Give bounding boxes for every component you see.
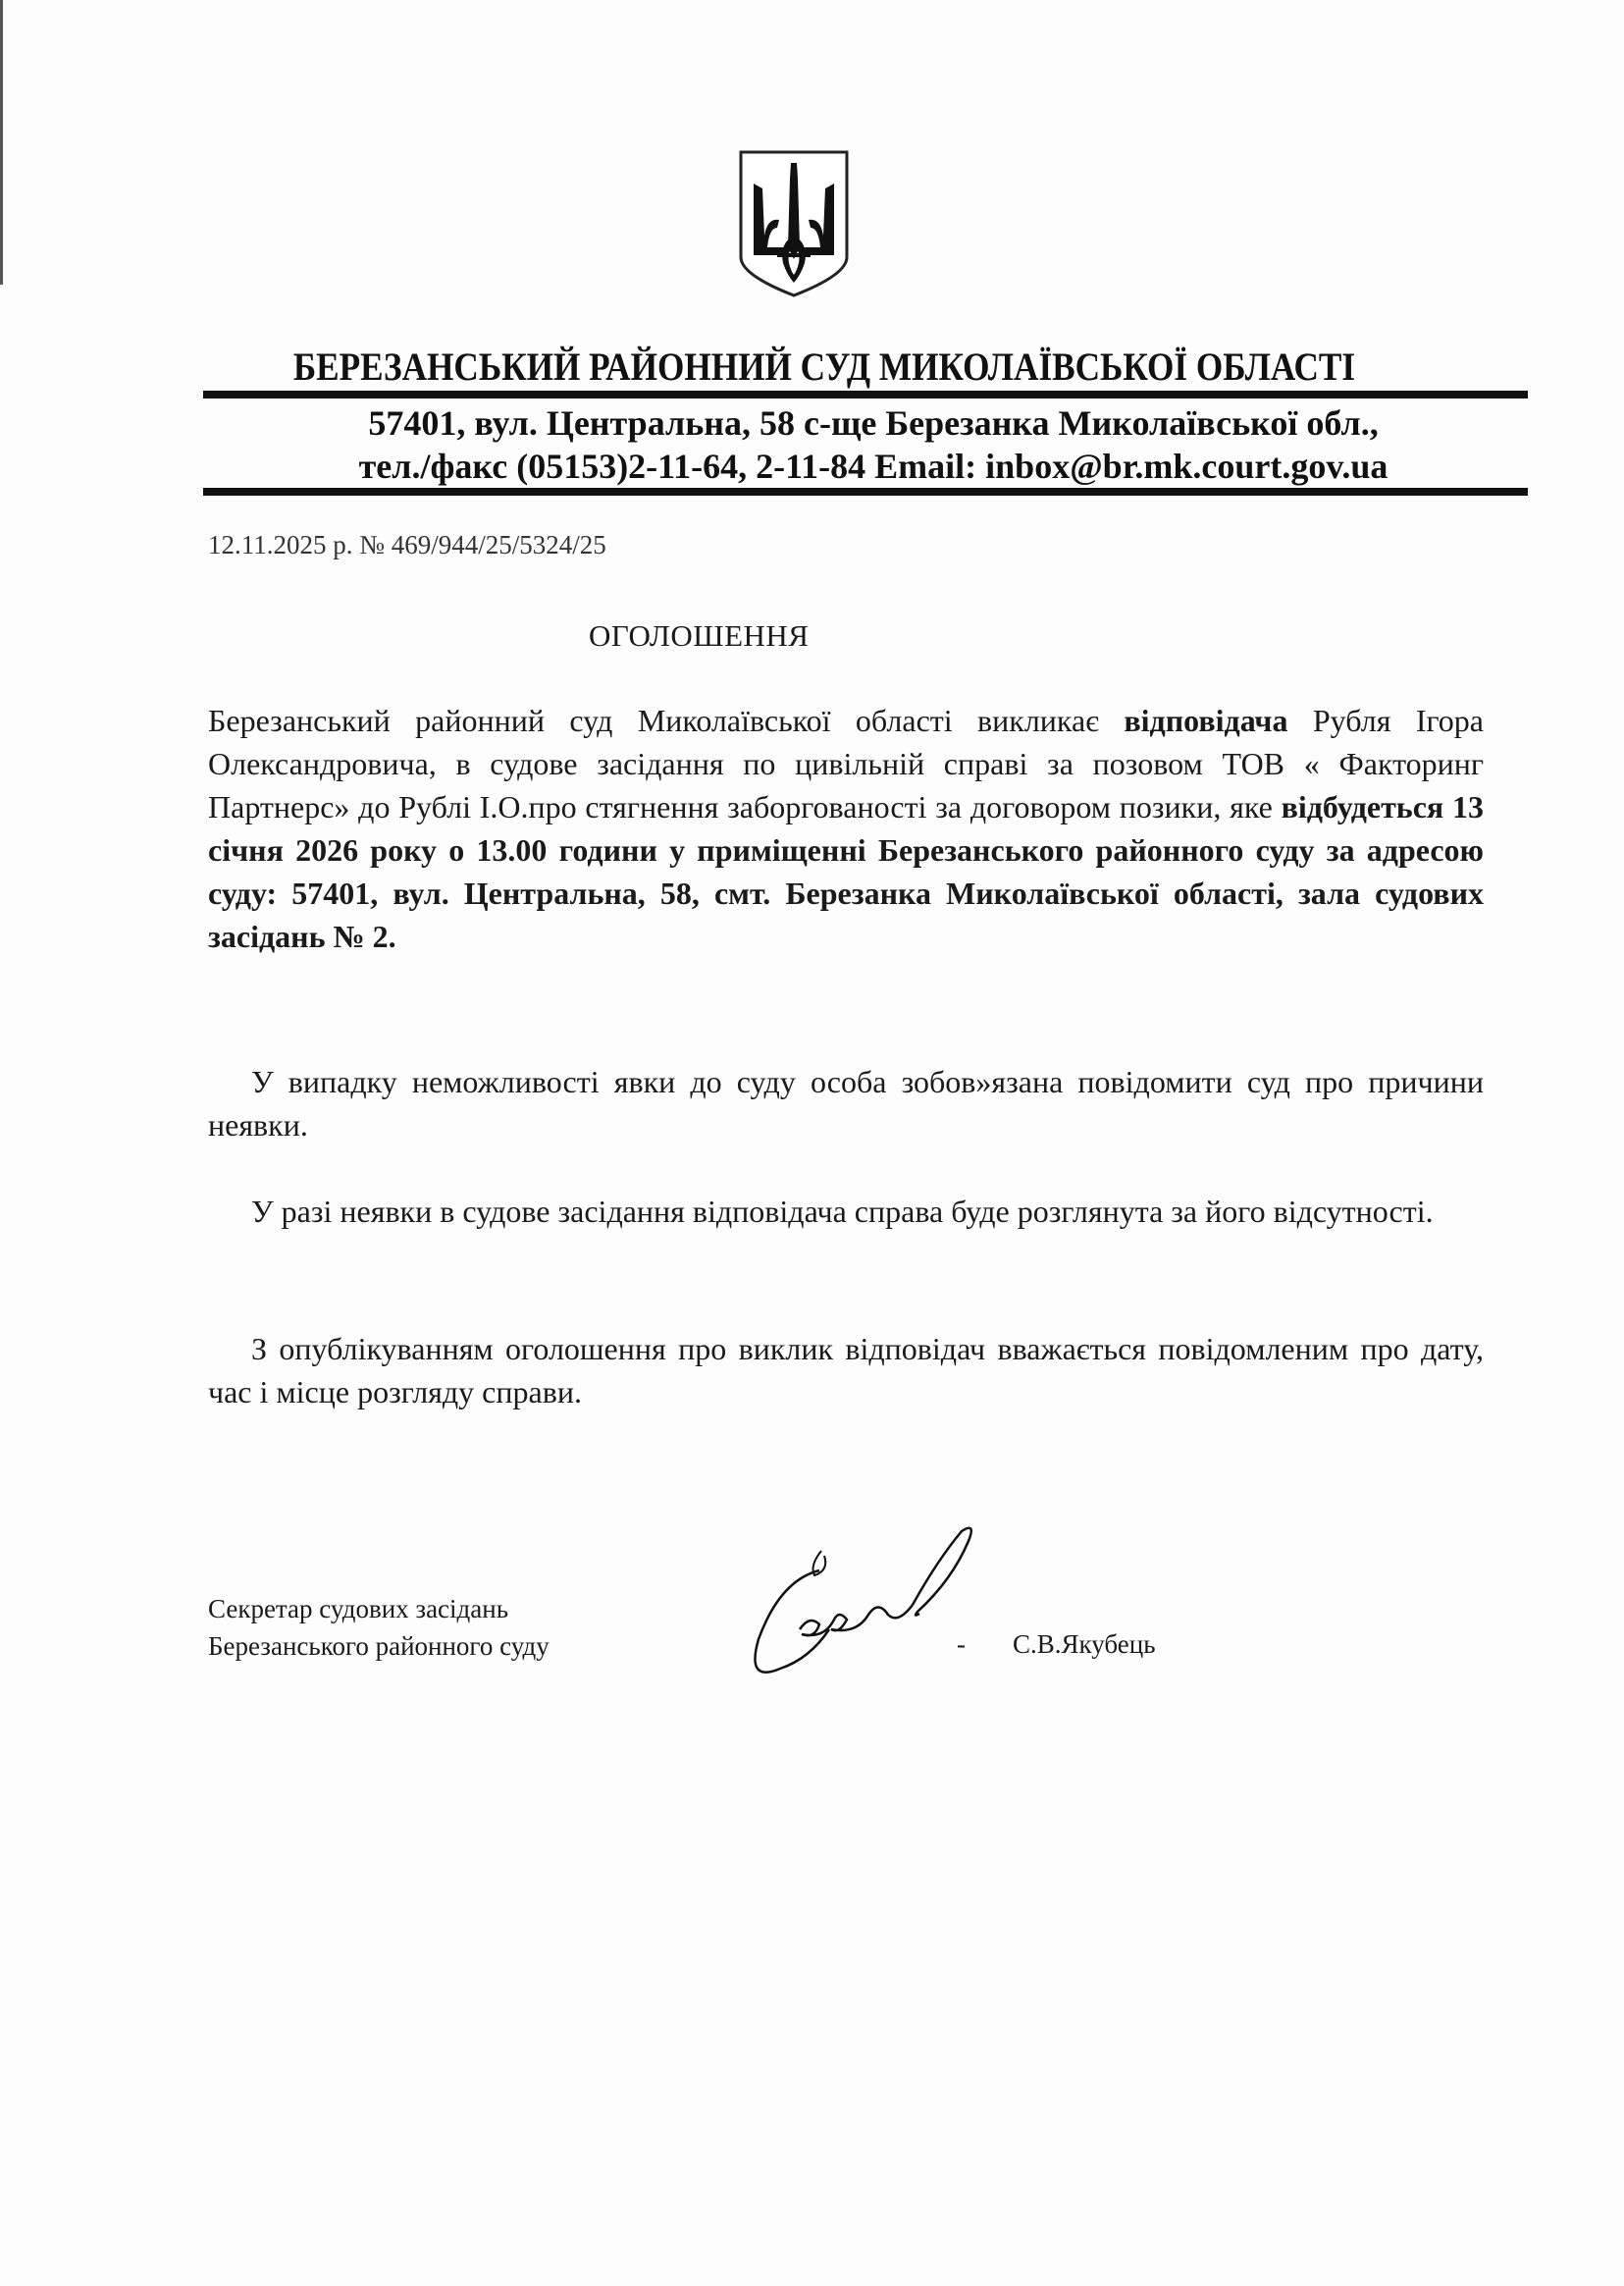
court-address: 57401, вул. Центральна, 58 с-ще Березанк… xyxy=(294,402,1452,444)
court-contacts: тел./факс (05153)2-11-64, 2-11-84 Email:… xyxy=(294,446,1452,487)
handwritten-signature-icon xyxy=(741,1521,1016,1688)
announcement-paragraph-absence-notice: У випадку неможливості явки до суду особ… xyxy=(208,1060,1484,1146)
header-divider-bottom xyxy=(203,488,1528,496)
signatory-position-line1: Секретар судових засідань xyxy=(208,1590,550,1627)
p1-bold-defendant: відповідача xyxy=(1124,703,1287,738)
signatory-name: С.В.Якубець xyxy=(1013,1629,1156,1660)
court-name-heading: БЕРЕЗАНСЬКИЙ РАЙОННИЙ СУД МИКОЛАЇВСЬКОЇ … xyxy=(281,344,1369,390)
signature-dash: - xyxy=(957,1629,966,1660)
header-divider-top xyxy=(203,391,1528,399)
signatory-position-line2: Березанського районного суду xyxy=(208,1627,550,1665)
announcement-paragraph-default-hearing: У разі неявки в судове засідання відпові… xyxy=(208,1190,1484,1233)
announcement-paragraph-main: Березанський районний суд Миколаївської … xyxy=(208,699,1484,958)
document-title: ОГОЛОШЕННЯ xyxy=(589,618,809,654)
signatory-position: Секретар судових засідань Березанського … xyxy=(208,1590,550,1665)
scan-edge-line xyxy=(0,0,3,285)
p1-text-1: Березанський районний суд Миколаївської … xyxy=(208,703,1124,738)
announcement-paragraph-publication: З опублікуванням оголошення про виклик в… xyxy=(208,1327,1484,1413)
ukraine-trident-emblem-icon xyxy=(738,149,850,298)
document-date-and-number: 12.11.2025 р. № 469/944/25/5324/25 xyxy=(208,530,606,560)
